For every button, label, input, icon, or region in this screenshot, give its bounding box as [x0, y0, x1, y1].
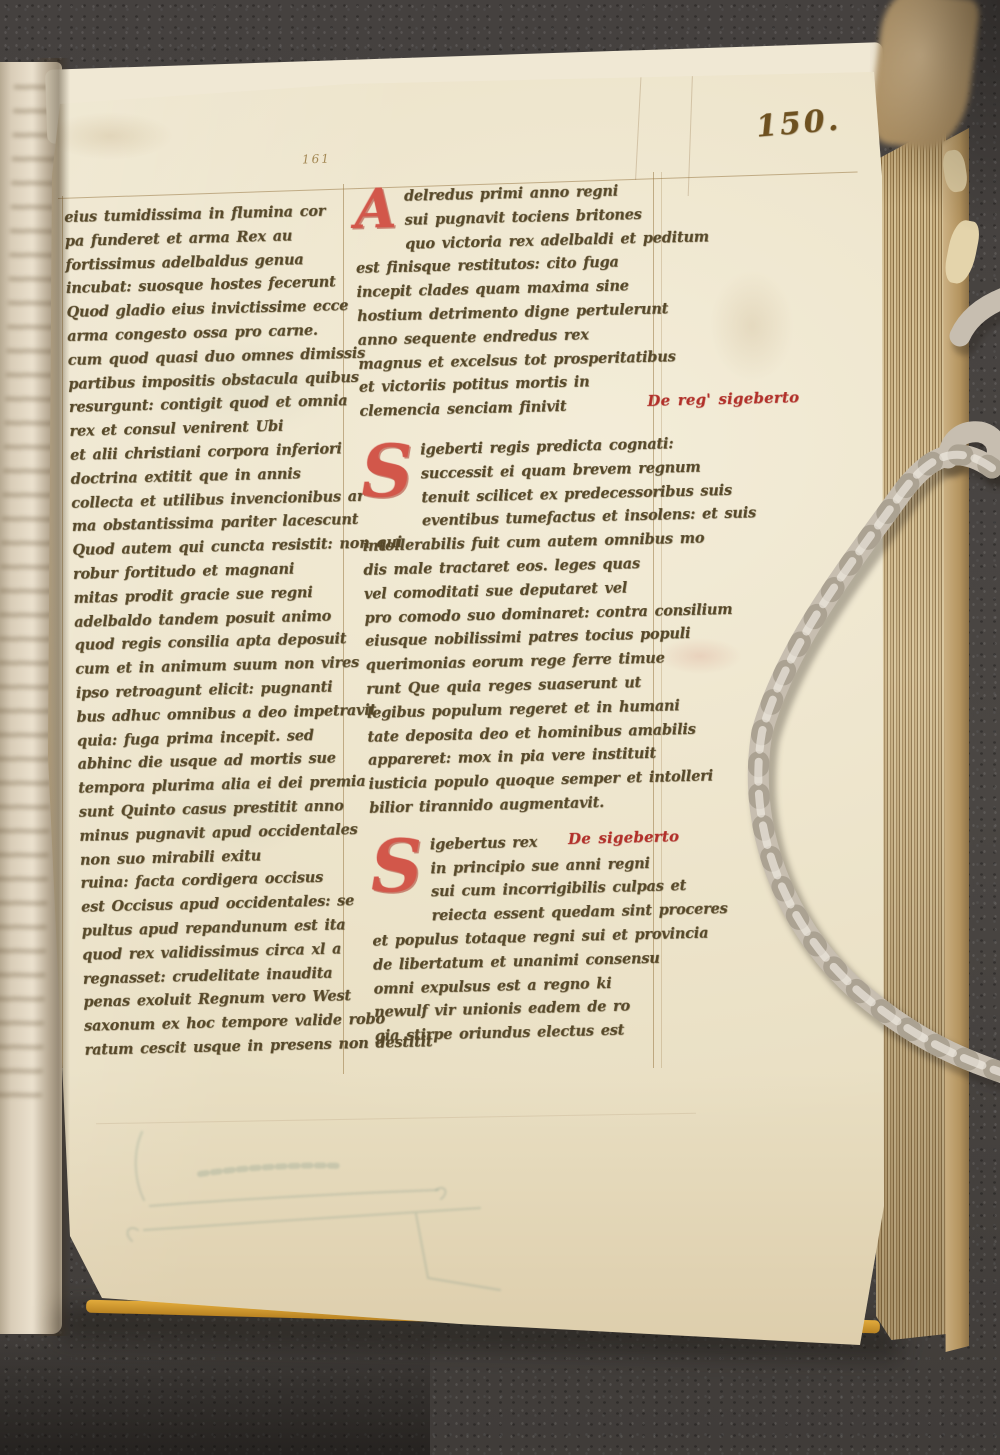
manuscript-photograph: 150. 161 eius tumidissima in flumina cor…: [0, 0, 1000, 1455]
bookmark-cord: [0, 0, 1000, 1455]
